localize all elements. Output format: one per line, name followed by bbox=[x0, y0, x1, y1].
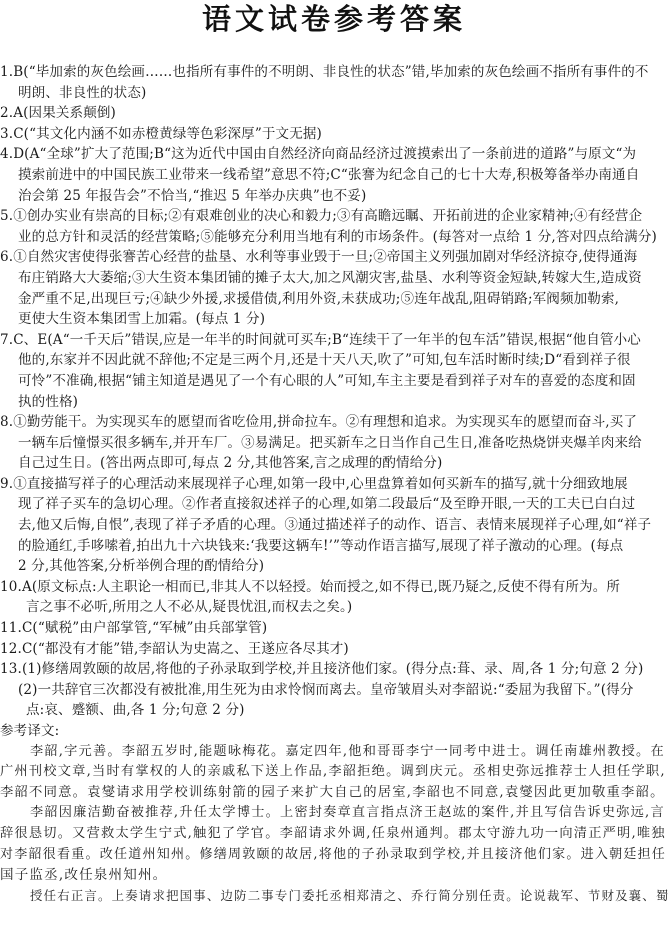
answer-line: 摸索前进中的中国民族工业带来一线希望”意思不符;C“张謇为纪念自己的七十大寿,积… bbox=[0, 165, 668, 186]
answer-line: 11.C(“赋税”由户部掌管,“军械”由兵部掌管) bbox=[0, 618, 668, 639]
translation-line: 李韶不同意。袁燮请求用学校训练射箭的园子来扩大自己的居室,李韶也不同意,袁燮因此… bbox=[0, 783, 668, 804]
answer-line: 3.C(“其文化内涵不如赤橙黄绿等色彩深厚”于文无据) bbox=[0, 124, 668, 145]
answer-line: 自己过生日。(答出两点即可,每点 2 分,其他答案,言之成理的酌情给分) bbox=[0, 453, 668, 474]
answer-line: 执的性格) bbox=[0, 392, 668, 413]
translation-line: 李韶因廉洁勤奋被推荐,升任太学博士。上密封奏章直言指点济王赵竑的案件,并且写信告… bbox=[0, 803, 668, 824]
answer-line: 一辆车后憧憬买很多辆车,并开车厂。③易满足。把买新车之日当作自己生日,准备吃热烧… bbox=[0, 433, 668, 454]
translation-line: 国子监丞,改任泉州知州。 bbox=[0, 865, 668, 886]
answer-line: 现了祥子买车的急切心理。②作者直接叙述祥子的心理,如第二段最后“及至睁开眼,一天… bbox=[0, 494, 668, 515]
answer-line: 业的总方针和灵活的经营策略;⑤能够充分利用当地有利的市场条件。(每答对一点给 1… bbox=[0, 227, 668, 248]
answer-line: 4.D(A“全球”扩大了范围;B“这为近代中国由自然经济向商品经济过渡摸索出了一… bbox=[0, 144, 668, 165]
answer-line: 布庄销路大大萎缩;③大生资本集团铺的摊子太大,加之风潮灾害,盐垦、水利等资金短缺… bbox=[0, 268, 668, 289]
answer-line: 10.A(原文标点:人主职论一相而已,非其人不以轻授。始而授之,如不得已,既乃疑… bbox=[0, 577, 668, 598]
answer-line: 12.C(“都没有才能”错,李韶认为史嵩之、王遂应各尽其才) bbox=[0, 639, 668, 660]
page-title: 语文试卷参考答案 bbox=[0, 1, 668, 37]
answer-line: 1.B(“毕加索的灰色绘画……也指所有事件的不明朗、非良性的状态”错,毕加索的灰… bbox=[0, 62, 668, 83]
answer-line: 明朗、非良性的状态) bbox=[0, 83, 668, 104]
answer-line: 参考译文: bbox=[0, 721, 668, 742]
answer-line: 的脸通红,手哆嗦着,拍出九十六块钱来:‘我要这辆车!’”等动作语言描写,展现了祥… bbox=[0, 536, 668, 557]
answer-line: 点:哀、蹙额、曲,各 1 分;句意 2 分) bbox=[0, 700, 668, 721]
answer-line: 5.①创办实业有崇高的目标;②有艰难创业的决心和毅力;③有高瞻远瞩、开拓前进的企… bbox=[0, 206, 668, 227]
translation-line: 广州刊校文章,当时有掌权的人的亲戚私下送上作品,李韶拒绝。调到庆元。丞相史弥远推… bbox=[0, 762, 668, 783]
translation-line: 辞很恳切。又营救太学生宁式,触犯了学官。李韶请求外调,任泉州通判。郡太守游九功一… bbox=[0, 824, 668, 845]
answer-line: 9.①直接描写祥子的心理活动来展现祥子心理,如第一段中,心里盘算着如何买新车的描… bbox=[0, 474, 668, 495]
translation-line: 李韶,字元善。李韶五岁时,能题咏梅花。嘉定四年,他和哥哥李宁一同考中进士。调任南… bbox=[0, 742, 668, 763]
answer-line: 更使大生资本集团雪上加霜。(每点 1 分) bbox=[0, 309, 668, 330]
answer-line: 可怜”不准确,根据“铺主知道是遇见了一个有心眼的人”可知,车主主要是看到祥子对车… bbox=[0, 371, 668, 392]
translation-line: 授任右正言。上奏请求把国事、边防二事专门委托丞相郑清之、乔行简分别任责。论说裁军… bbox=[0, 886, 668, 907]
translation-line: 对李韶很看重。改任道州知州。修缮周敦颐的故居,将他的子孙录取到学校,并且接济他们… bbox=[0, 845, 668, 866]
answer-line: 8.①勤劳能干。为实现买车的愿望而省吃俭用,拼命拉车。②有理想和追求。为实现买车… bbox=[0, 412, 668, 433]
answer-line: 2.A(因果关系颠倒) bbox=[0, 103, 668, 124]
answer-line: 治会第 25 年报告会”不恰当,“推迟 5 年举办庆典”也不妥) bbox=[0, 186, 668, 207]
answer-line: (2)一共辞官三次都没有被批准,用生死为由求怜悯而离去。皇帝皱眉头对李韶说:“委… bbox=[0, 680, 668, 701]
answer-line: 6.①自然灾害使得张謇苦心经营的盐垦、水利等事业毁于一旦;②帝国主义列强加剧对华… bbox=[0, 247, 668, 268]
answer-line: 他的,东家并不因此就不辞他;不定是三两个月,还是十天八天,吹了”可知,包车活时断… bbox=[0, 350, 668, 371]
answer-line: 金严重不足,出现巨亏;④缺少外援,求援借债,利用外资,未获成功;⑤连年战乱,阻碍… bbox=[0, 289, 668, 310]
answer-line: 7.C、E(A“一千天后”错误,应是一年半的时间就可买车;B“连续干了一年半的包… bbox=[0, 330, 668, 351]
answer-line: 言之事不必听,所用之人不必从,疑畏忧沮,而权去之矣。) bbox=[0, 597, 668, 618]
answer-line: 去,他又后悔,自恨”,表现了祥子矛盾的心理。③通过描述祥子的动作、语言、表情来展… bbox=[0, 515, 668, 536]
answer-line: 2 分,其他答案,分析举例合理的酌情给分) bbox=[0, 556, 668, 577]
answer-line: 13.(1)修缮周敦颐的故居,将他的子孙录取到学校,并且接济他们家。(得分点:葺… bbox=[0, 659, 668, 680]
answer-key-body: 1.B(“毕加索的灰色绘画……也指所有事件的不明朗、非良性的状态”错,毕加索的灰… bbox=[0, 62, 668, 906]
